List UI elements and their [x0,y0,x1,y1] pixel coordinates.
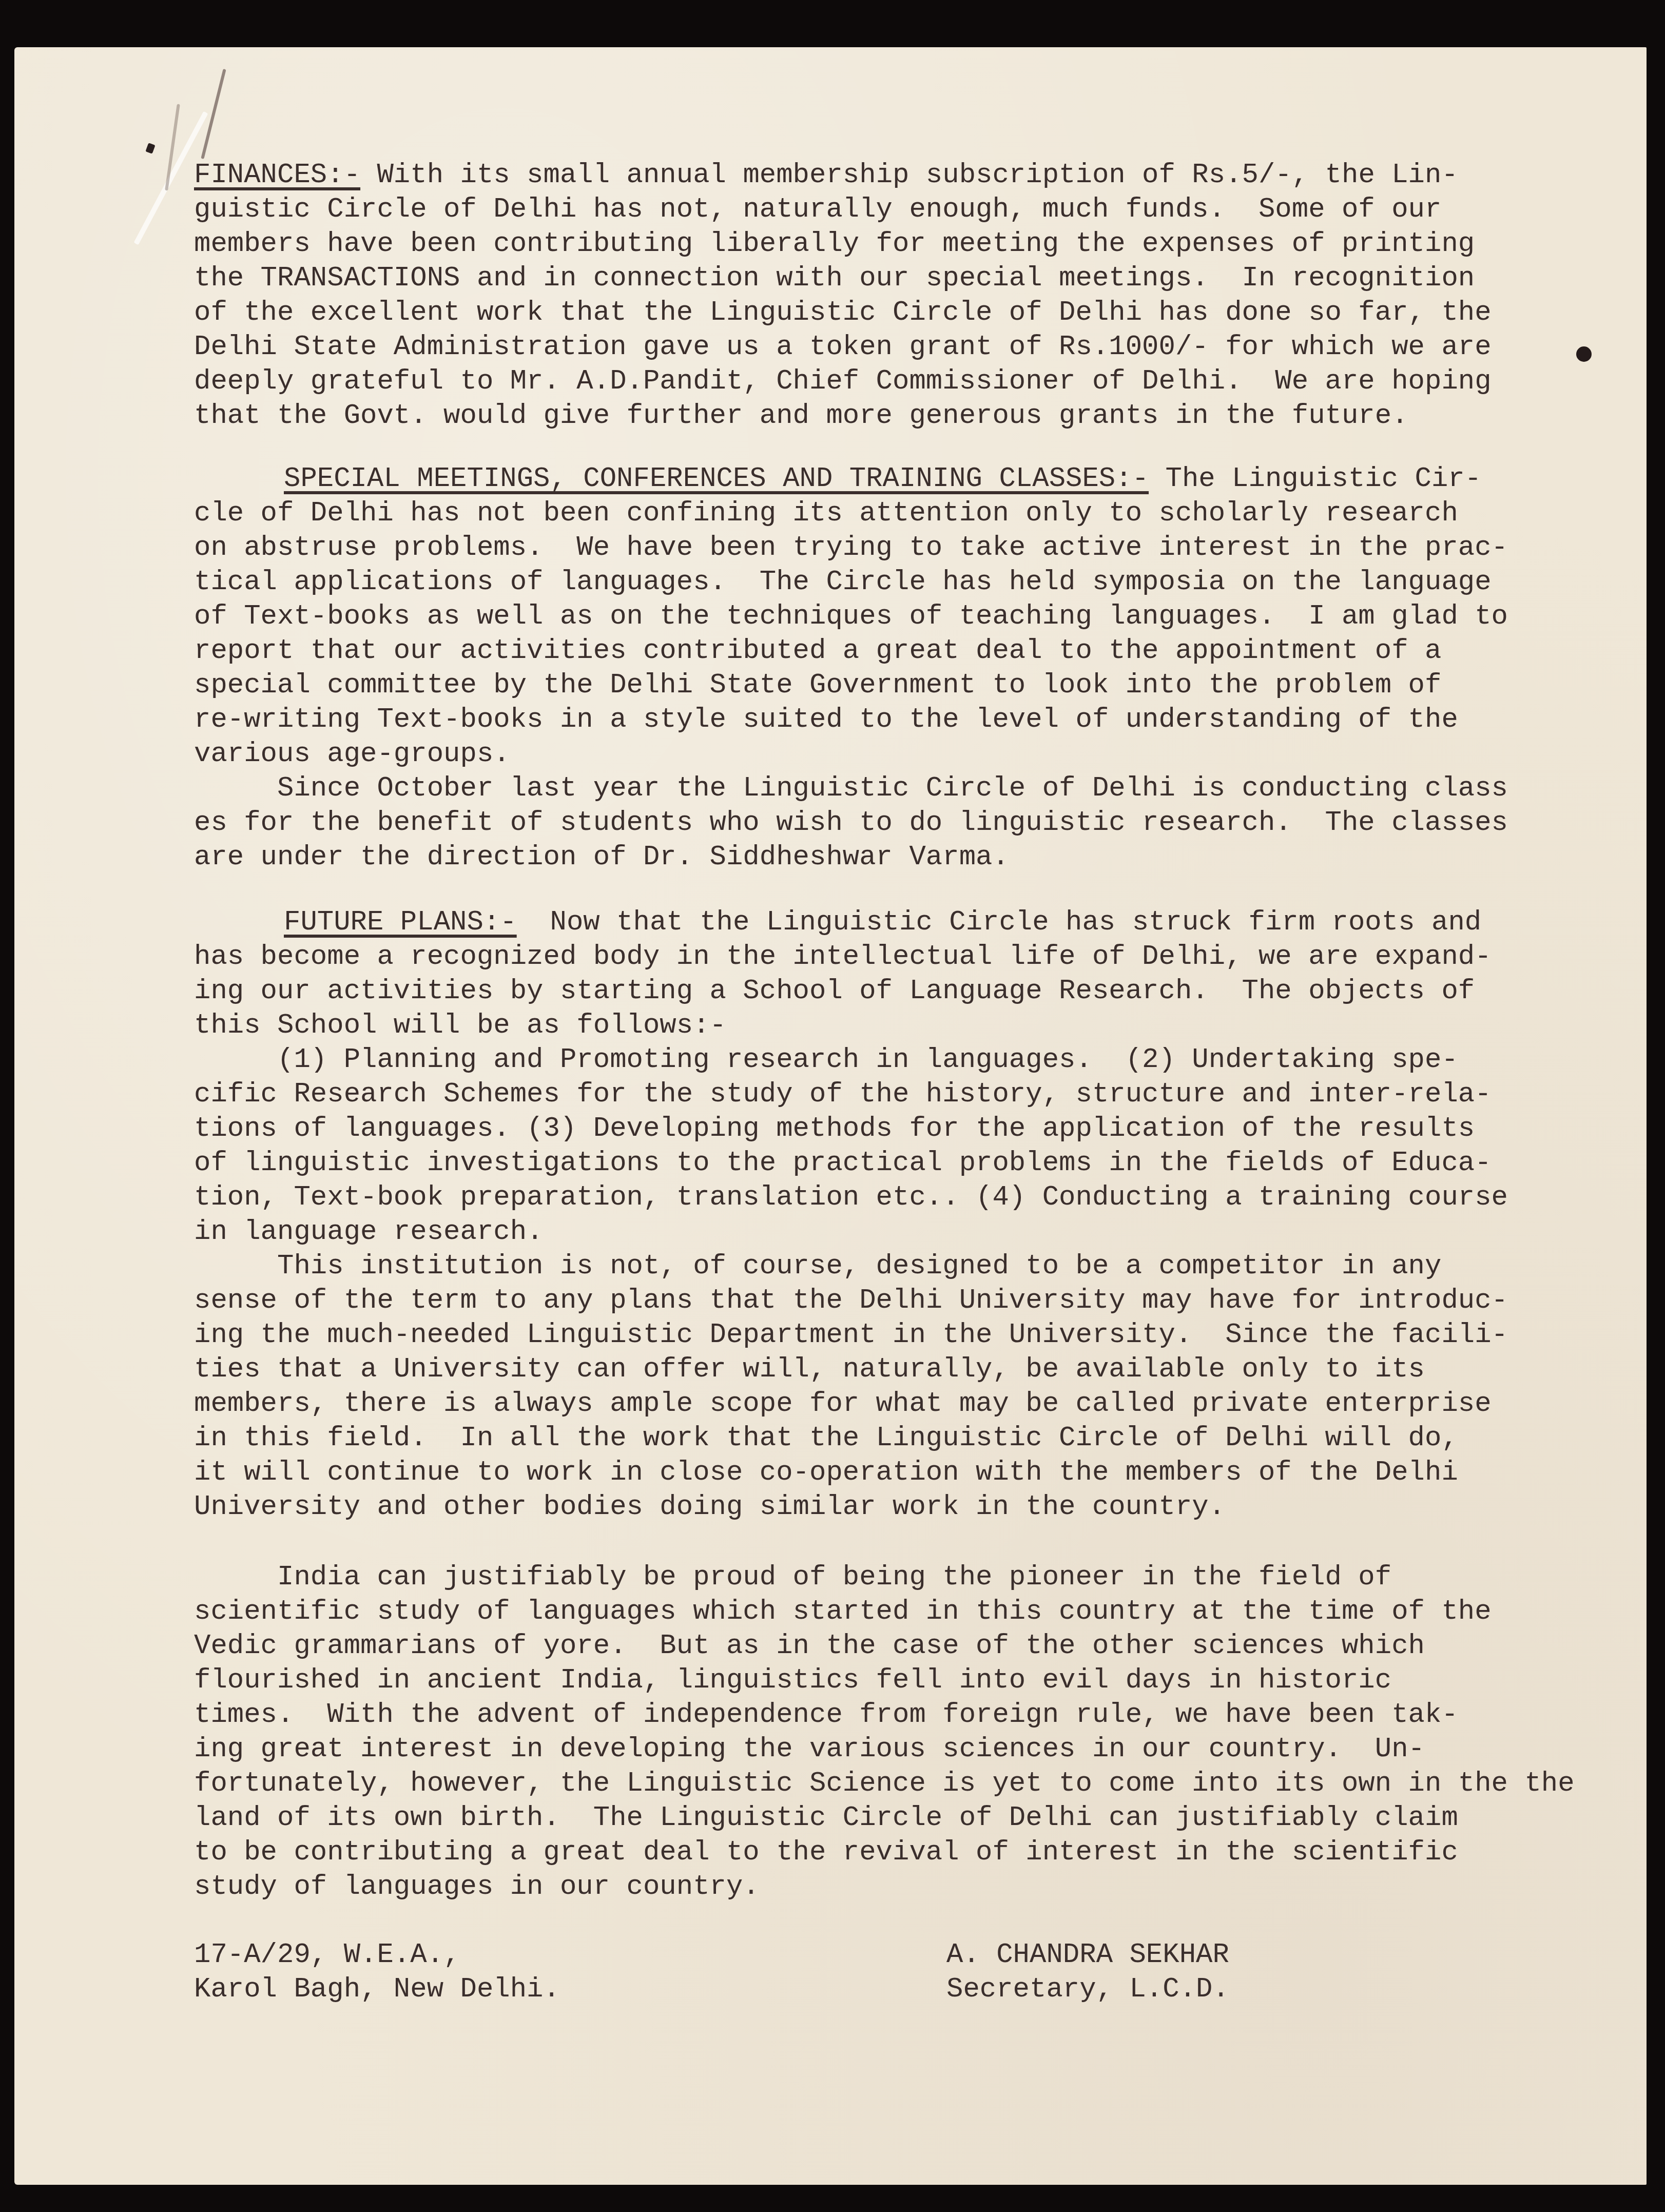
finances-line: members have been contributing liberally… [194,227,1475,261]
future-line: in this field. In all the work that the … [194,1421,1458,1456]
closing-line: scientific study of languages which star… [194,1595,1492,1629]
special-line: report that our activities contributed a… [194,634,1441,668]
closing-line: study of languages in our country. [194,1870,760,1904]
future-plans-heading: FUTURE PLANS:- [284,907,517,938]
future-line: ing the much-needed Linguistic Departmen… [194,1318,1508,1352]
closing-line: fortunately, however, the Linguistic Sci… [194,1767,1575,1801]
future-line: ties that a University can offer will, n… [194,1352,1425,1387]
future-line: tion, Text-book preparation, translation… [194,1180,1508,1215]
special-line: on abstruse problems. We have been tryin… [194,531,1508,565]
special-line: are under the direction of Dr. Siddheshw… [194,840,1009,875]
address-line-1: 17-A/29, W.E.A., [194,1938,460,1972]
closing-line: times. With the advent of independence f… [194,1698,1458,1732]
special-meetings-heading: SPECIAL MEETINGS, CONFERENCES AND TRAINI… [284,463,1149,495]
special-line: special committee by the Delhi State Gov… [194,668,1441,703]
closing-line: flourished in ancient India, linguistics… [194,1663,1391,1698]
special-line: of Text-books as well as on the techniqu… [194,599,1508,634]
ink-dot-mark [1576,346,1592,362]
closing-line: India can justifiably be proud of being … [194,1560,1391,1595]
finances-line: of the excellent work that the Linguisti… [194,296,1492,330]
future-line: (1) Planning and Promoting research in l… [194,1043,1458,1077]
finances-line: deeply grateful to Mr. A.D.Pandit, Chief… [194,364,1492,399]
closing-line: ing great interest in developing the var… [194,1732,1425,1767]
closing-line: Vedic grammarians of yore. But as in the… [194,1629,1425,1663]
future-line-0: FUTURE PLANS:- Now that the Linguistic C… [284,905,1481,940]
future-line: of linguistic investigations to the prac… [194,1146,1492,1180]
finances-line: the TRANSACTIONS and in connection with … [194,261,1475,296]
special-line: re-writing Text-books in a style suited … [194,703,1458,737]
special-line: tical applications of languages. The Cir… [194,565,1492,599]
special-line: Since October last year the Linguistic C… [194,771,1508,806]
future-line: cific Research Schemes for the study of … [194,1077,1492,1112]
future-line: has become a recognized body in the inte… [194,940,1492,974]
future-line: in language research. [194,1215,544,1249]
special-line: various age-groups. [194,737,510,771]
future-line: sense of the term to any plans that the … [194,1284,1508,1318]
special-line: cle of Delhi has not been confining its … [194,496,1458,531]
signature-title: Secretary, L.C.D. [946,1972,1229,2007]
special-line: es for the benefit of students who wish … [194,806,1508,840]
finances-heading: FINANCES:- [194,160,360,191]
signature-name: A. CHANDRA SEKHAR [946,1938,1229,1972]
future-line: it will continue to work in close co-ope… [194,1456,1458,1490]
document-page: FINANCES:- With its small annual members… [14,47,1647,2185]
closing-line: to be contributing a great deal to the r… [194,1835,1458,1870]
special-line-0: SPECIAL MEETINGS, CONFERENCES AND TRAINI… [284,462,1481,496]
finances-line: Delhi State Administration gave us a tok… [194,330,1492,364]
future-line: This institution is not, of course, desi… [194,1249,1441,1284]
future-line: tions of languages. (3) Developing metho… [194,1112,1475,1146]
staple-hole-mark [145,143,155,154]
finances-line-0: FINANCES:- With its small annual members… [194,158,1458,192]
address-line-2: Karol Bagh, New Delhi. [194,1972,560,2007]
future-line: this School will be as follows:- [194,1008,726,1043]
future-line: University and other bodies doing simila… [194,1490,1225,1524]
future-line: ing our activities by starting a School … [194,974,1475,1008]
future-line: members, there is always ample scope for… [194,1387,1492,1421]
closing-line: land of its own birth. The Linguistic Ci… [194,1801,1458,1835]
finances-line: that the Govt. would give further and mo… [194,399,1408,433]
finances-line: guistic Circle of Delhi has not, natural… [194,192,1441,227]
